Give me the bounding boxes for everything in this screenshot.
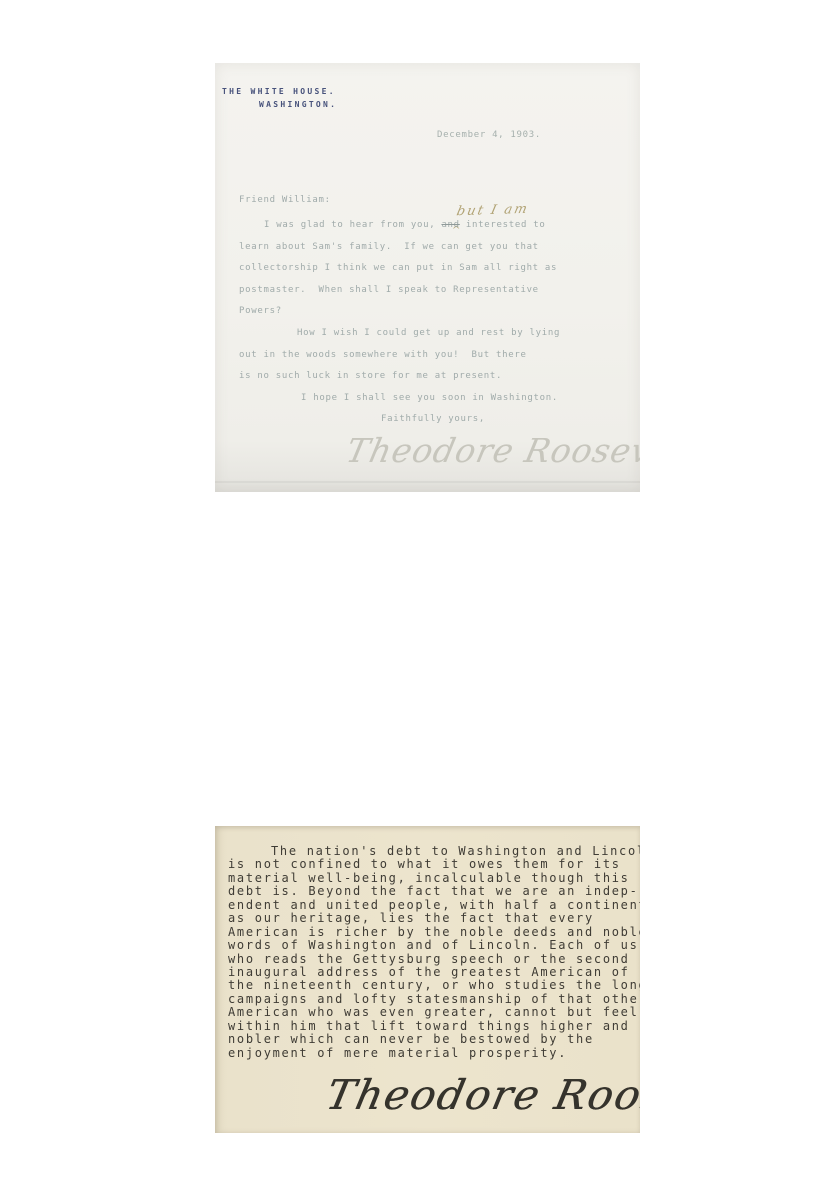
- body-line: I was glad to hear from you, and interes…: [239, 215, 629, 237]
- salutation: Friend William:: [239, 195, 331, 205]
- closing-line: Faithfully yours,: [239, 409, 629, 431]
- excerpt-line: the nineteenth century, or who studies t…: [228, 979, 632, 992]
- excerpt-line: material well-being, incalculable though…: [228, 872, 632, 885]
- white-house-letter-scan: THE WHITE HOUSE. WASHINGTON. December 4,…: [215, 63, 640, 492]
- body-line: learn about Sam's family. If we can get …: [239, 237, 629, 259]
- body-line: collectorship I think we can put in Sam …: [239, 258, 629, 280]
- body-line: I hope I shall see you soon in Washingto…: [239, 388, 629, 410]
- excerpt-line: enjoyment of mere material prosperity.: [228, 1047, 632, 1060]
- excerpt-line: who reads the Gettysburg speech or the s…: [228, 953, 632, 966]
- struck-word: and: [441, 220, 459, 230]
- body-line: is no such luck in store for me at prese…: [239, 366, 629, 388]
- date-line: December 4, 1903.: [437, 130, 541, 140]
- letter-body: I was glad to hear from you, and interes…: [239, 215, 629, 431]
- excerpt-line: American is richer by the noble deeds an…: [228, 926, 632, 939]
- roosevelt-signature-ink: Theodore Roosevelt: [322, 1071, 640, 1119]
- excerpt-line: nobler which can never be bestowed by th…: [228, 1033, 632, 1046]
- body-line: postmaster. When shall I speak to Repres…: [239, 280, 629, 302]
- body-line: out in the woods somewhere with you! But…: [239, 345, 629, 367]
- excerpt-line: within him that lift toward things highe…: [228, 1020, 632, 1033]
- body-text: I was glad to hear from you,: [264, 220, 441, 230]
- letterhead-line2: WASHINGTON.: [259, 100, 337, 109]
- excerpt-line: American who was even greater, cannot bu…: [228, 1006, 632, 1019]
- body-line: Powers?: [239, 301, 629, 323]
- excerpt-line: inaugural address of the greatest Americ…: [228, 966, 632, 979]
- excerpt-line: is not confined to what it owes them for…: [228, 858, 632, 871]
- letterhead-line1: THE WHITE HOUSE.: [222, 87, 336, 96]
- roosevelt-signature-faded: Theodore Roosevelt: [343, 431, 640, 470]
- excerpt-line: campaigns and lofty statesmanship of tha…: [228, 993, 632, 1006]
- excerpt-line: The nation's debt to Washington and Linc…: [228, 845, 632, 858]
- paper-fold-line: [215, 481, 640, 483]
- excerpt-line: words of Washington and of Lincoln. Each…: [228, 939, 632, 952]
- excerpt-line: endent and united people, with half a co…: [228, 899, 632, 912]
- excerpt-body: The nation's debt to Washington and Linc…: [228, 845, 632, 1060]
- excerpt-line: debt is. Beyond the fact that we are an …: [228, 885, 632, 898]
- typed-excerpt-scan: The nation's debt to Washington and Linc…: [215, 826, 640, 1133]
- body-text: interested to: [460, 220, 546, 230]
- body-line: How I wish I could get up and rest by ly…: [239, 323, 629, 345]
- excerpt-line: as our heritage, lies the fact that ever…: [228, 912, 632, 925]
